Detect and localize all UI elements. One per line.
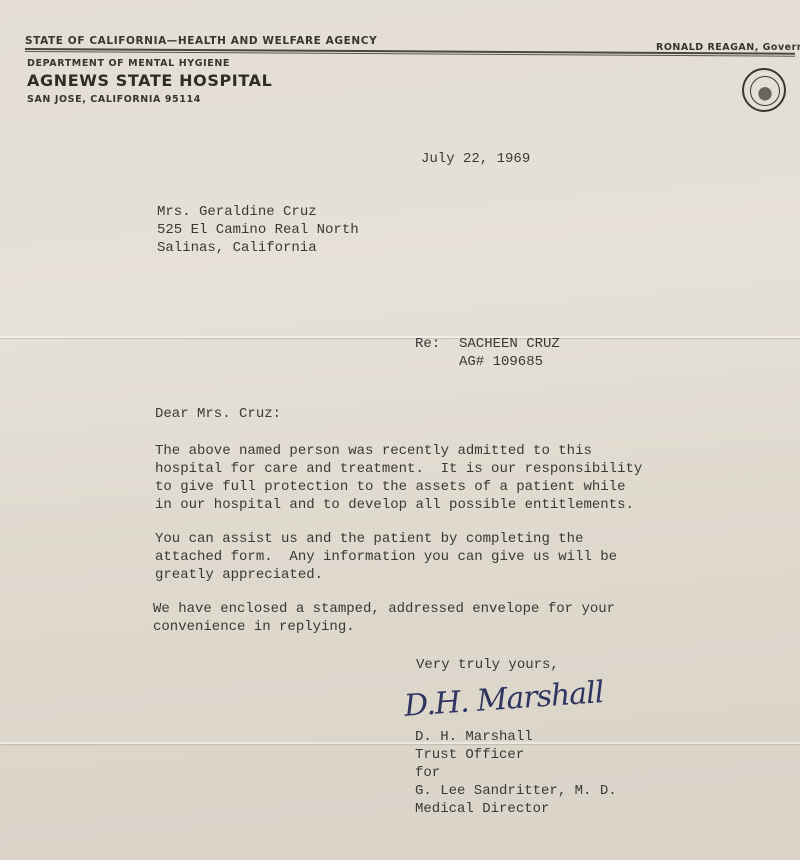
recipient-address: Mrs. Geraldine Cruz 525 El Camino Real N… (157, 203, 359, 257)
paper-fold (0, 742, 800, 744)
state-seal-icon (742, 68, 786, 112)
department-name: DEPARTMENT OF MENTAL HYGIENE (27, 58, 230, 69)
hospital-address: SAN JOSE, CALIFORNIA 95114 (27, 94, 201, 105)
paper-fold (0, 336, 800, 338)
body-paragraph-2: You can assist us and the patient by com… (155, 530, 617, 584)
body-paragraph-1: The above named person was recently admi… (155, 442, 642, 514)
hospital-name: AGNEWS STATE HOSPITAL (27, 71, 272, 90)
closing: Very truly yours, (416, 656, 559, 674)
re-subject: SACHEEN CRUZ AG# 109685 (459, 335, 560, 371)
signer-block: D. H. Marshall Trust Officer for G. Lee … (415, 728, 617, 818)
letter-date: July 22, 1969 (421, 150, 530, 168)
body-paragraph-3: We have enclosed a stamped, addressed en… (153, 600, 615, 636)
salutation: Dear Mrs. Cruz: (155, 405, 281, 423)
letter-page: STATE OF CALIFORNIA—HEALTH AND WELFARE A… (0, 0, 800, 860)
re-label: Re: (415, 335, 440, 353)
governor-name: RONALD REAGAN, Governor (656, 42, 800, 53)
handwritten-signature: D.H. Marshall (403, 675, 604, 724)
agency-name: STATE OF CALIFORNIA—HEALTH AND WELFARE A… (25, 35, 377, 47)
